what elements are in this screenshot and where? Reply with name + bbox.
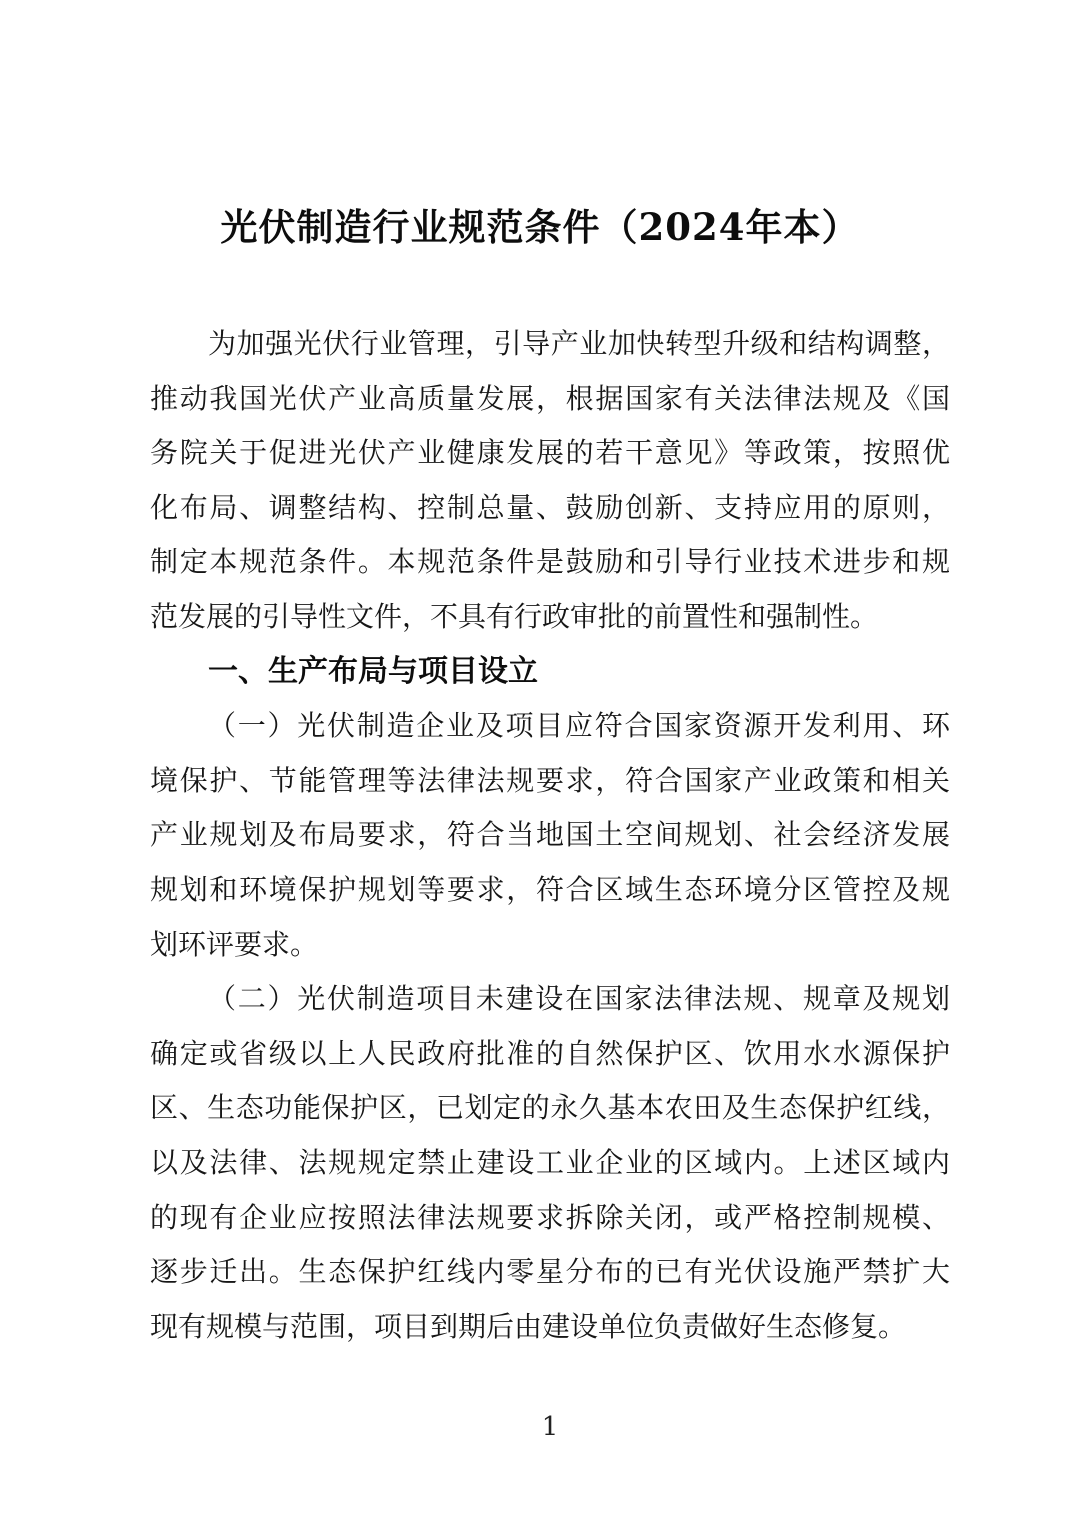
paragraph-line: 区、生态功能保护区，已划定的永久基本农田及生态保护红线， (150, 1081, 950, 1136)
paragraph-line: 产业规划及布局要求，符合当地国土空间规划、社会经济发展 (150, 808, 950, 863)
paragraph-line: 化布局、调整结构、控制总量、鼓励创新、支持应用的原则， (150, 481, 950, 536)
paragraph-line: 逐步迁出。生态保护红线内零星分布的已有光伏设施严禁扩大 (150, 1245, 950, 1300)
paragraph-line: （一）光伏制造企业及项目应符合国家资源开发利用、环 (150, 699, 950, 754)
paragraph-line: 以及法律、法规规定禁止建设工业企业的区域内。上述区域内 (150, 1136, 950, 1191)
section-heading: 一、生产布局与项目设立 (150, 645, 950, 700)
paragraph-line: 划环评要求。 (150, 918, 950, 973)
paragraph-line: 确定或省级以上人民政府批准的自然保护区、饮用水水源保护 (150, 1027, 950, 1082)
document-page: 光伏制造行业规范条件（2024年本） 为加强光伏行业管理，引导产业加快转型升级和… (0, 0, 1080, 1527)
paragraph-line: 为加强光伏行业管理，引导产业加快转型升级和结构调整， (150, 317, 950, 372)
paragraph-line: （二）光伏制造项目未建设在国家法律法规、规章及规划 (150, 972, 950, 1027)
paragraph-line: 务院关于促进光伏产业健康发展的若干意见》等政策，按照优 (150, 426, 950, 481)
paragraph-line: 的现有企业应按照法律法规要求拆除关闭，或严格控制规模、 (150, 1191, 950, 1246)
page-number: 1 (150, 1400, 950, 1454)
document-body: 为加强光伏行业管理，引导产业加快转型升级和结构调整， 推动我国光伏产业高质量发展… (150, 317, 950, 1354)
paragraph-line: 规划和环境保护规划等要求，符合区域生态环境分区管控及规 (150, 863, 950, 918)
page-title: 光伏制造行业规范条件（2024年本） (0, 0, 1080, 256)
paragraph-line: 推动我国光伏产业高质量发展，根据国家有关法律法规及《国 (150, 372, 950, 427)
paragraph-line: 境保护、节能管理等法律法规要求，符合国家产业政策和相关 (150, 754, 950, 809)
paragraph-line: 现有规模与范围，项目到期后由建设单位负责做好生态修复。 (150, 1300, 950, 1355)
paragraph-line: 制定本规范条件。本规范条件是鼓励和引导行业技术进步和规 (150, 535, 950, 590)
paragraph-line: 范发展的引导性文件，不具有行政审批的前置性和强制性。 (150, 590, 950, 645)
